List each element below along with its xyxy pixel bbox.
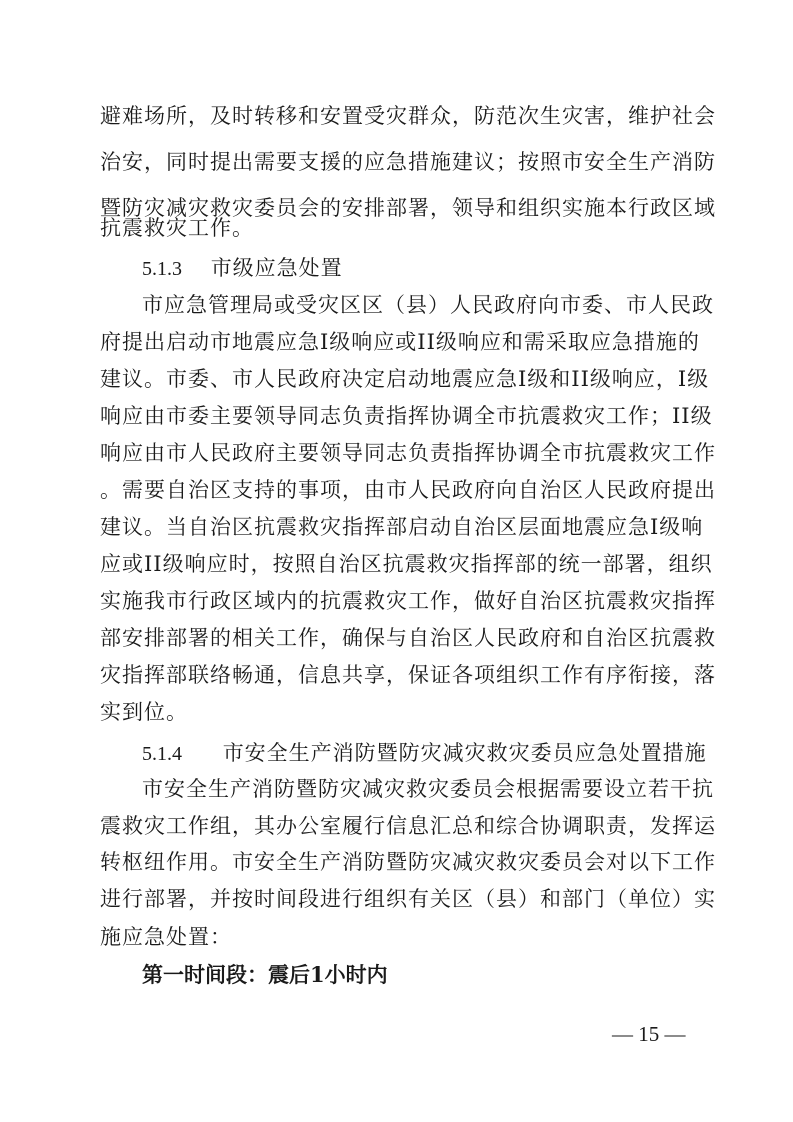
- paragraph-line: 市安全生产消防暨防灾减灾救灾委员会根据需要设立若干抗: [142, 774, 690, 804]
- page-number: — 15 —: [612, 1022, 686, 1047]
- paragraph-line: 进行部署，并按时间段进行组织有关区（县）和部门（单位）实: [100, 884, 690, 914]
- section-number: 5.1.3: [142, 254, 182, 284]
- paragraph-line: 实到位。: [100, 697, 690, 727]
- paragraph-line: 部安排部署的相关工作，确保与自治区人民政府和自治区抗震救: [100, 623, 690, 653]
- paragraph-line: 灾指挥部联络畅通，信息共享，保证各项组织工作有序衔接，落: [100, 660, 690, 690]
- paragraph-line: 转枢纽作用。市安全生产消防暨防灾减灾救灾委员会对以下工作: [100, 847, 690, 877]
- paragraph-line: 。需要自治区支持的事项，由市人民政府向自治区人民政府提出: [100, 475, 690, 505]
- section-heading-5-1-4: 5.1.4 市安全生产消防暨防灾减灾救灾委员应急处置措施: [142, 738, 707, 768]
- paragraph-line: 市应急管理局或受灾区区（县）人民政府向市委、市人民政: [142, 290, 690, 320]
- paragraph-line: 实施我市行政区域内的抗震救灾工作，做好自治区抗震救灾指挥: [100, 586, 690, 616]
- paragraph-line: 响应由市人民政府主要领导同志负责指挥协调全市抗震救灾工作: [100, 438, 690, 468]
- paragraph-line: 应或II级响应时，按照自治区抗震救灾指挥部的统一部署，组织: [100, 549, 690, 579]
- section-heading-5-1-3: 5.1.3 市级应急处置: [142, 253, 343, 283]
- section-title: 市级应急处置: [211, 253, 343, 283]
- section-number: 5.1.4: [142, 739, 182, 769]
- subheading-time-period: 第一时间段：震后1小时内: [142, 960, 388, 990]
- paragraph-line: 建议。当自治区抗震救灾指挥部启动自治区层面地震应急I级响: [100, 512, 690, 542]
- paragraph-line: 施应急处置：: [100, 922, 690, 952]
- section-title: 市安全生产消防暨防灾减灾救灾委员应急处置措施: [223, 738, 707, 768]
- paragraph-line: 建议。市委、市人民政府决定启动地震应急I级和II级响应，I级: [100, 364, 690, 394]
- paragraph-line: 抗震救灾工作。: [100, 213, 690, 243]
- paragraph-line: 震救灾工作组，其办公室履行信息汇总和综合协调职责，发挥运: [100, 811, 690, 841]
- paragraph-line: 府提出启动市地震应急I级响应或II级响应和需采取应急措施的: [100, 327, 690, 357]
- paragraph-line: 治安，同时提出需要支援的应急措施建议；按照市安全生产消防: [100, 147, 690, 177]
- paragraph-line: 避难场所，及时转移和安置受灾群众，防范次生灾害，维护社会: [100, 101, 690, 131]
- paragraph-line: 响应由市委主要领导同志负责指挥协调全市抗震救灾工作；II级: [100, 401, 690, 431]
